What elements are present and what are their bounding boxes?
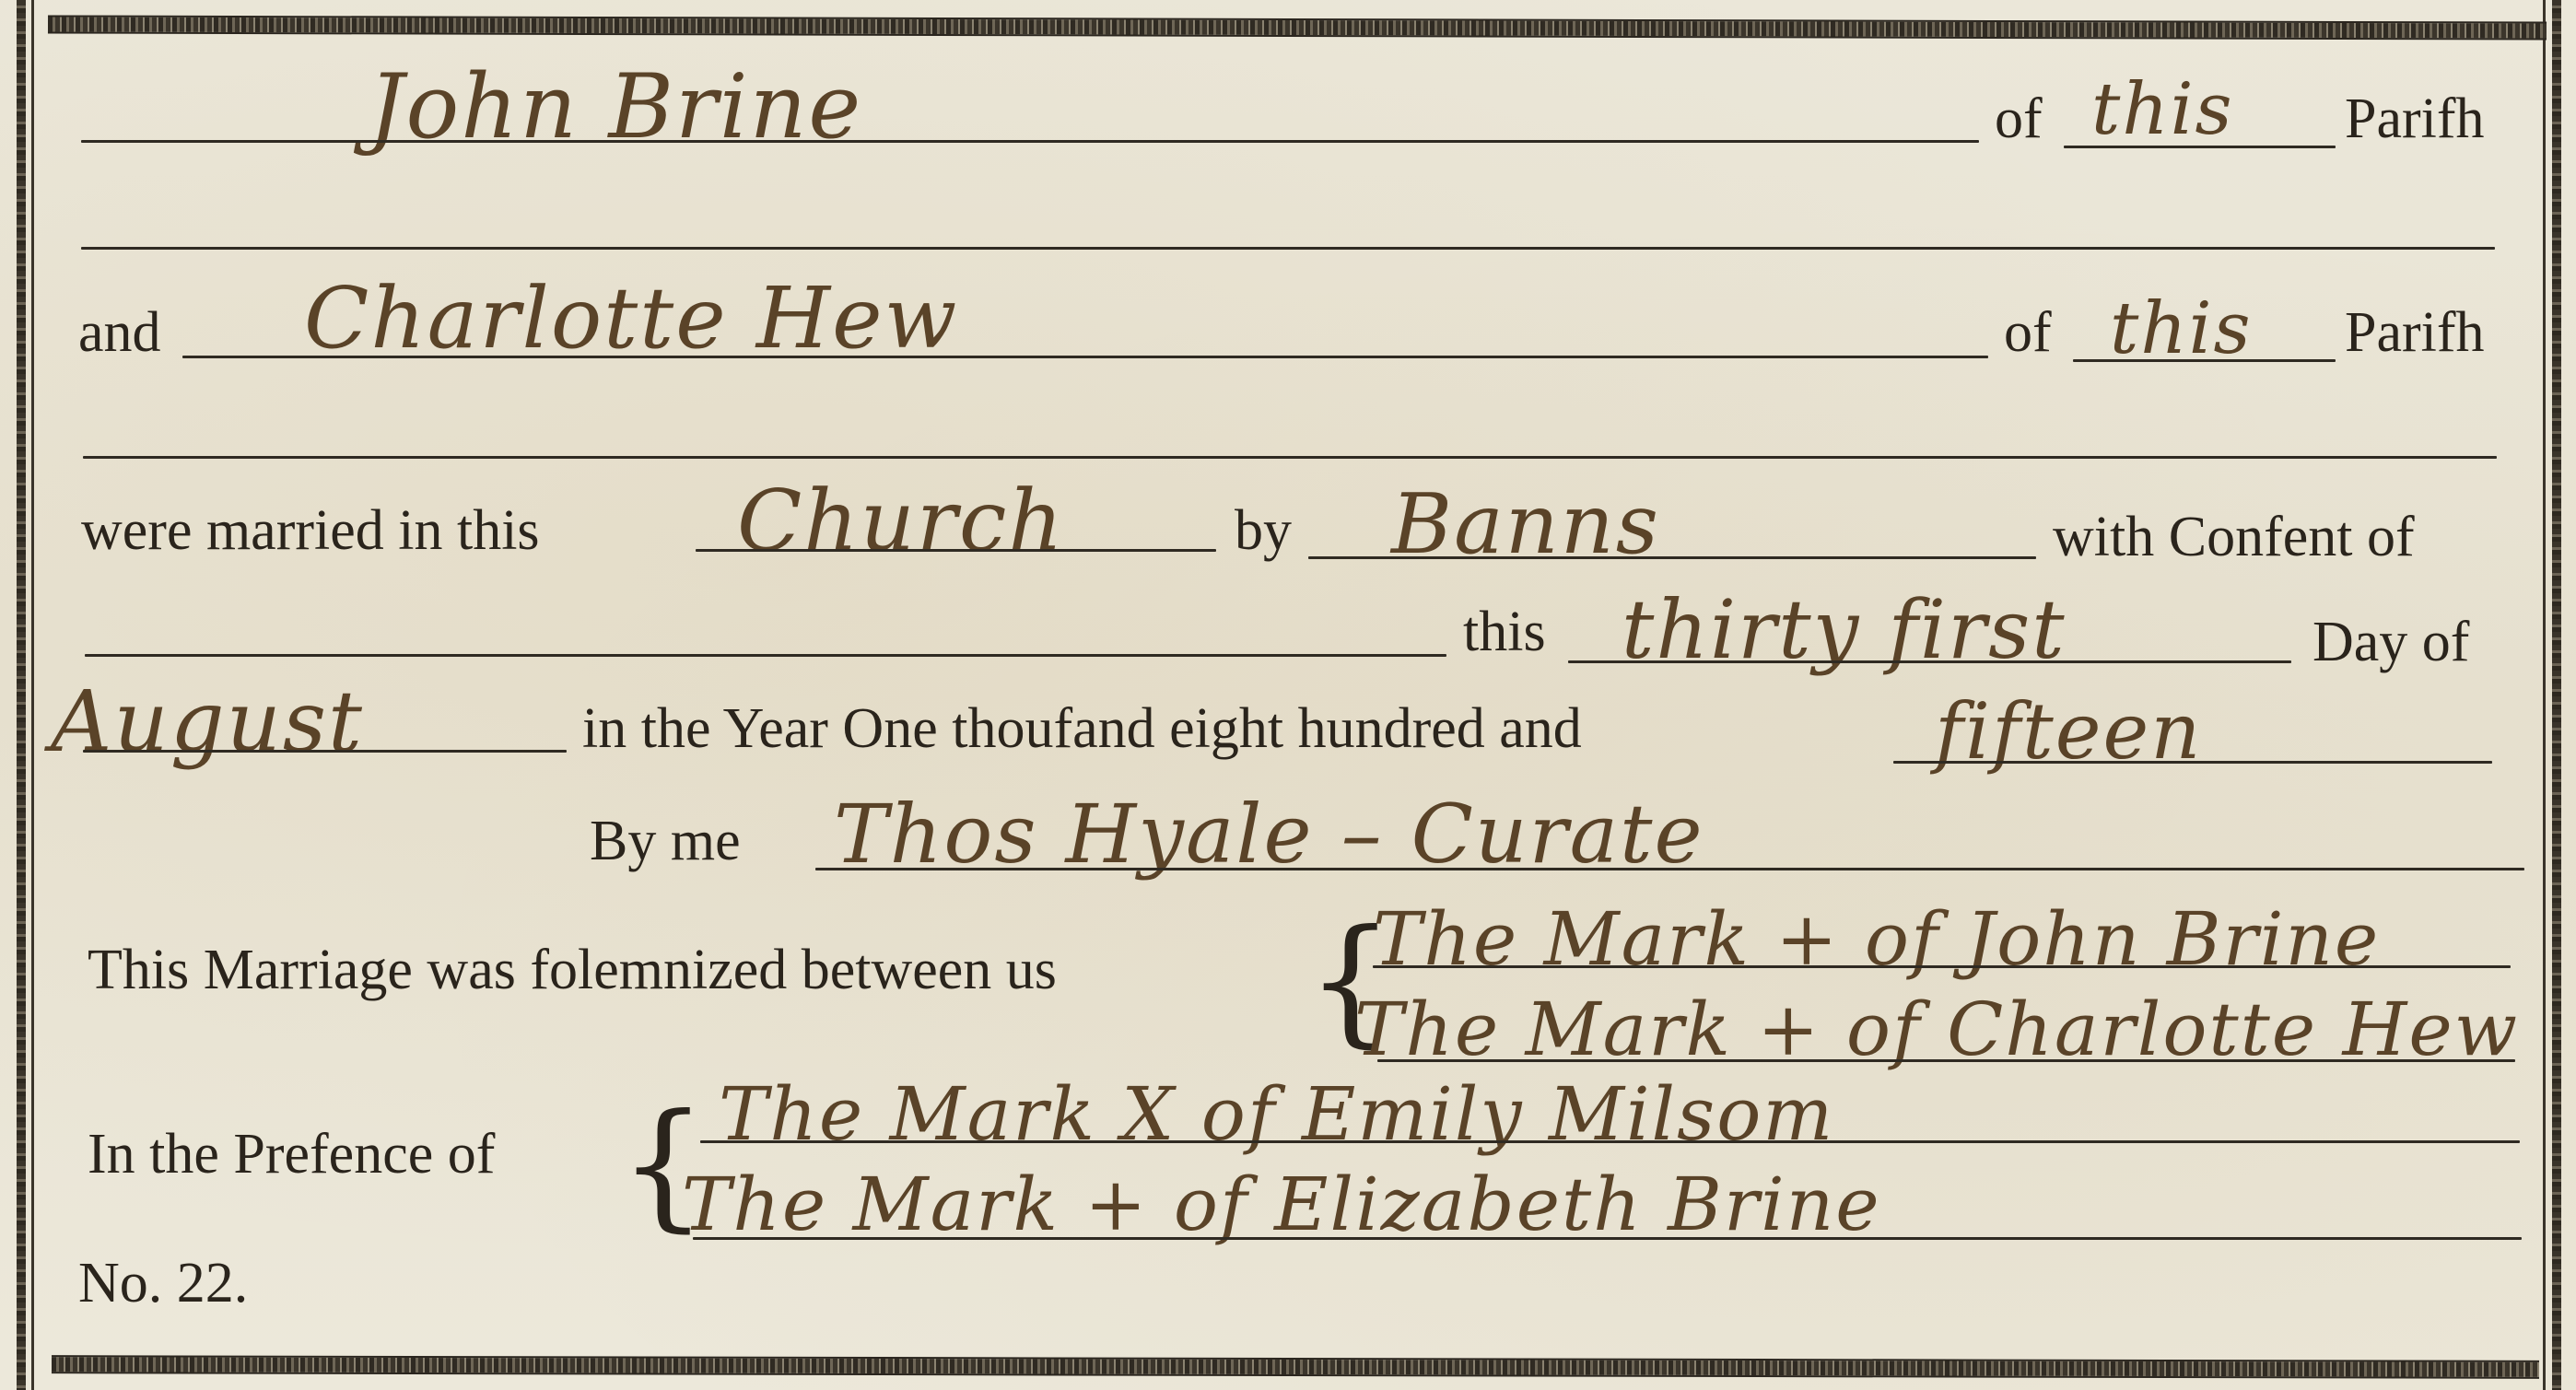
place-line [696,549,1216,552]
party-line-1 [1373,965,2511,968]
groom-name-line [81,140,1979,143]
groom-parish-line [2064,146,2336,148]
groom-parish-label: Parifh [2345,90,2485,147]
presence-label: In the Prefence of [88,1126,495,1183]
married-in-label: were married in this [81,502,540,559]
groom-of-label: of [1995,90,2043,147]
witness-mark-2: The Mark + of Elizabeth Brine [682,1168,1881,1242]
consent-line [85,654,1446,657]
left-border-line [31,0,34,1390]
right-border-line [2543,0,2546,1390]
witness-line-2 [693,1237,2522,1240]
bride-parish: this [2110,293,2253,365]
bride-parish-line [2073,359,2336,362]
blank-line-1 [81,247,2495,250]
blank-line-2 [83,456,2497,459]
groom-parish: this [2091,74,2234,146]
bride-name: Charlotte Hew [304,276,958,361]
this-label: this [1463,603,1546,660]
marriage-method: Banns [1391,484,1660,567]
party-mark-bride: The Mark + of Charlotte Hew [1354,993,2519,1067]
solemnized-label: This Marriage was folemnized between us [88,941,1057,999]
and-label: and [78,304,161,361]
month-line [83,750,567,753]
year-label: in the Year One thoufand eight hundred a… [582,700,1582,757]
left-border-ornament [17,0,26,1390]
party-line-2 [1377,1059,2515,1062]
bride-parish-label: Parifh [2345,304,2485,361]
groom-name: John Brine [369,63,862,151]
witness-line-1 [700,1140,2520,1143]
bride-name-line [182,356,1988,358]
year-line [1893,761,2492,764]
day-of-label: Day of [2313,613,2469,671]
with-consent-label: with Confent of [2053,508,2415,566]
officiant-line [815,868,2524,870]
entry-number: No. 22. [78,1255,248,1312]
right-border-ornament [2552,0,2561,1390]
method-line [1308,556,2036,559]
by-me-label: By me [590,812,741,870]
day-line [1568,660,2291,663]
by-label: by [1235,502,1292,559]
officiant-signature: Thos Hyale – Curate [834,794,1704,875]
bride-of-label: of [2004,304,2052,361]
year-suffix: fifteen [1935,693,2202,770]
marriage-day: thirty first [1622,590,2067,671]
